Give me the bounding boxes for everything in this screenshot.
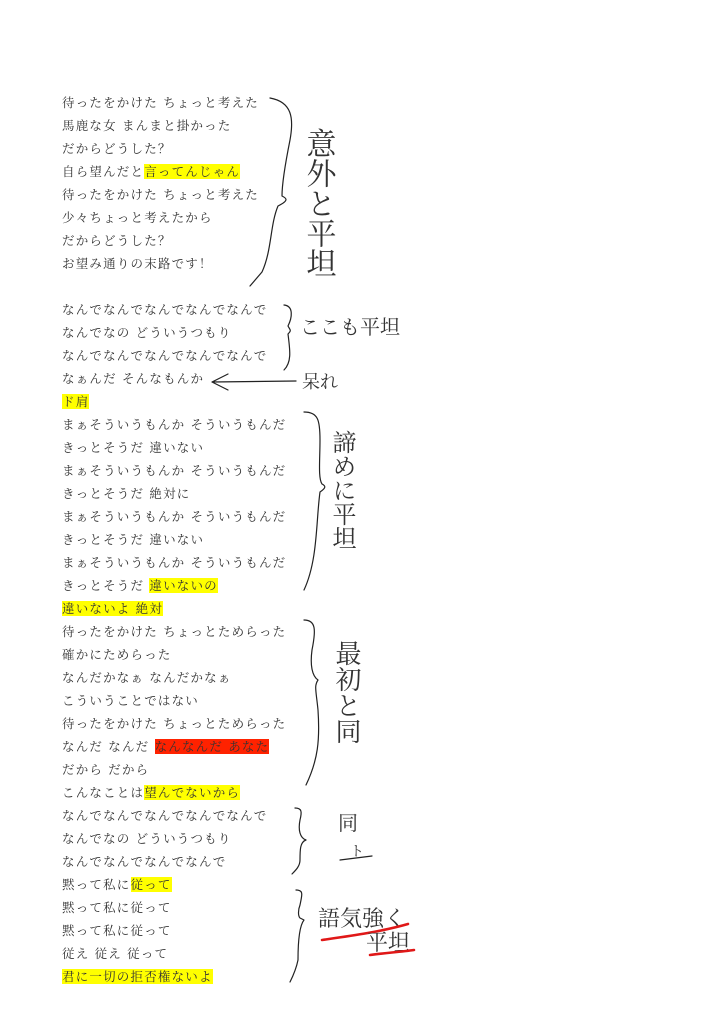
annotation-ditto-1: 同 [338,811,358,835]
lyric-line: こんなことは望んでないから [62,782,240,804]
lyric-line: こういうことではない [62,690,199,712]
lyric-line: だからどうした？ [62,230,172,252]
annotation-strong-tone: 語気強く [318,907,406,932]
lyric-text: きっとそうだ [62,578,149,593]
svg-text:意外と平坦: 意外と平坦 [301,128,337,278]
lyric-text: 黙って私に従って [62,900,172,915]
lyric-line: きっとそうだ 違いない [62,437,204,459]
lyric-text: きっとそうだ 違いない [62,440,204,455]
lyric-line: 従え 従え 従って [62,943,168,965]
highlight-red: なんなんだ あなた [155,739,270,754]
highlight-yellow: 違いないよ 絶対 [62,601,163,616]
lyric-text: まぁそういうもんか そういうもんだ [62,463,286,478]
lyric-text: 自ら望んだと [62,164,144,179]
lyric-line: ド肩 [62,391,89,413]
annotation-here-too-flat: ここも平坦 [300,315,400,339]
highlight-yellow: 君に一切の拒否権ないよ [62,969,213,984]
annotation-flat: 平坦 [366,931,410,956]
lyric-line: なんでなんでなんでなんで [62,851,226,873]
lyric-text: なんでなんでなんでなんでなんで [62,302,268,317]
lyric-text: 待ったをかけた ちょっと考えた [62,95,259,110]
lyric-line: 待ったをかけた ちょっとためらった [62,621,286,643]
highlight-yellow: ド肩 [62,394,89,409]
lyric-text: なんでなの どういうつもり [62,325,232,340]
lyric-text: まぁそういうもんか そういうもんだ [62,555,286,570]
svg-text:諦めに平坦: 諦めに平坦 [328,430,356,550]
lyric-line: 少々ちょっと考えたから [62,207,213,229]
lyric-text: なぁんだ そんなもんか [62,371,204,386]
lyric-line: 待ったをかけた ちょっと考えた [62,184,259,206]
lyric-text: なんだかなぁ なんだかなぁ [62,670,232,685]
lyric-line: きっとそうだ 違いない [62,529,204,551]
lyric-text: なんでなの どういうつもり [62,831,232,846]
annotation-exasperated: 呆れ [302,372,338,393]
lyric-line: 待ったをかけた ちょっと考えた [62,92,259,114]
lyric-line: だからどうした？ [62,138,172,160]
lyric-line: 自ら望んだと言ってんじゃん [62,161,240,183]
lyric-text: 黙って私に [62,877,131,892]
brace-5 [292,808,306,874]
lyric-text: きっとそうだ 違いない [62,532,204,547]
red-underline-1 [322,924,408,940]
lyric-line: 君に一切の拒否権ないよ [62,966,213,988]
highlight-yellow: 違いないの [149,578,218,593]
annotation-same-as-first: 最初と同 [331,640,361,744]
lyric-line: なんでなんでなんでなんでなんで [62,805,268,827]
lyric-line: だから だから [62,759,149,781]
lyric-line: お望み通りの末路です！ [62,253,213,275]
brace-4 [304,620,319,785]
red-underline-2 [370,950,414,955]
brace-6 [290,890,304,982]
lyric-line: なんでなの どういうつもり [62,322,232,344]
lyric-text: 待ったをかけた ちょっと考えた [62,187,259,202]
lyric-text: こんなことは [62,785,144,800]
lyric-text: 馬鹿な女 まんまと掛かった [62,118,232,133]
lyric-line: 確かにためらった [62,644,172,666]
lyric-line: まぁそういうもんか そういうもんだ [62,552,286,574]
highlight-yellow: 従って [131,877,172,892]
lyric-line: なんでなんでなんでなんでなんで [62,345,268,367]
lyric-line: 馬鹿な女 まんまと掛かった [62,115,232,137]
lyric-line: 黙って私に従って [62,897,172,919]
svg-text:最初と同: 最初と同 [331,640,361,744]
lyric-text: だから だから [62,762,149,777]
lyric-text: 黙って私に従って [62,923,172,938]
lyric-text: まぁそういうもんか そういうもんだ [62,417,286,432]
lyric-text: 待ったをかけた ちょっとためらった [62,716,286,731]
lyric-line: なんだかなぁ なんだかなぁ [62,667,232,689]
annotation-resigned-flat: 諦めに平坦 [328,430,356,550]
lyric-line: 違いないよ 絶対 [62,598,163,620]
lyric-text: まぁそういうもんか そういうもんだ [62,509,286,524]
lyric-line: きっとそうだ 違いないの [62,575,218,597]
brace-2 [284,305,291,370]
lyric-line: 黙って私に従って [62,874,172,896]
lyric-text: なんでなんでなんでなんでなんで [62,808,268,823]
annotation-unexpectedly-flat: 意外と平坦 [301,128,337,278]
lyric-line: 黙って私に従って [62,920,172,942]
lyric-line: まぁそういうもんか そういうもんだ [62,414,286,436]
lyric-text: お望み通りの末路です！ [62,256,213,271]
lyric-line: なぁんだ そんなもんか [62,368,204,390]
annotation-ditto-2: ト [350,844,364,860]
lyric-text: 待ったをかけた ちょっとためらった [62,624,286,639]
lyric-line: 待ったをかけた ちょっとためらった [62,713,286,735]
lyric-text: なんでなんでなんでなんでなんで [62,348,268,363]
lyric-text: 従え 従え 従って [62,946,168,961]
lyric-text: なんだ なんだ [62,739,155,754]
lyric-line: まぁそういうもんか そういうもんだ [62,460,286,482]
highlight-yellow: 望んでないから [144,785,240,800]
lyric-text: 確かにためらった [62,647,172,662]
lyric-line: きっとそうだ 絶対に [62,483,190,505]
lyric-text: きっとそうだ 絶対に [62,486,190,501]
lyric-text: なんでなんでなんでなんで [62,854,226,869]
lyric-text: だからどうした？ [62,141,172,156]
lyric-text: こういうことではない [62,693,199,708]
lyric-line: まぁそういうもんか そういうもんだ [62,506,286,528]
arrow-left-icon [212,374,296,390]
lyric-line: なんでなの どういうつもり [62,828,232,850]
lyric-line: なんでなんでなんでなんでなんで [62,299,268,321]
lyric-text: だからどうした？ [62,233,172,248]
brace-3 [304,412,325,590]
lyric-line: なんだ なんだ なんなんだ あなた [62,736,269,758]
highlight-yellow: 言ってんじゃん [144,164,240,179]
lyric-text: 少々ちょっと考えたから [62,210,213,225]
